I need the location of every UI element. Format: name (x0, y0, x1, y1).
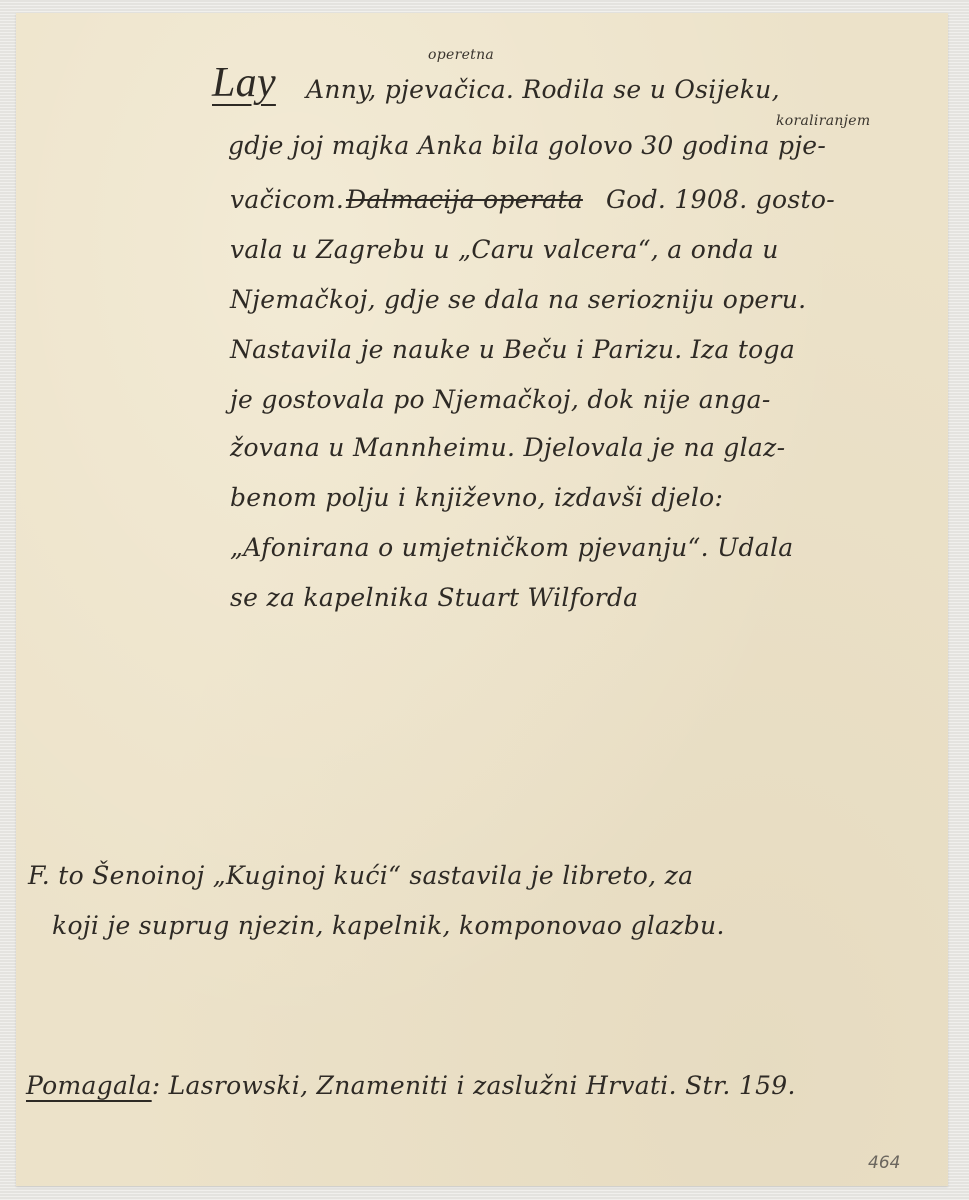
reference-line: Pomagala: Lasrowski, Znameniti i zaslužn… (26, 1071, 796, 1100)
reference-text: : Lasrowski, Znameniti i zaslužni Hrvati… (152, 1071, 796, 1100)
interlinear-insertion-koraliranjem: koraliranjem (776, 113, 870, 129)
entry-surname: Lay (212, 59, 276, 107)
entry-line: Njemačkoj, gdje se dala na seriozniju op… (230, 285, 806, 314)
interlinear-insertion-operetna: operetna (428, 47, 494, 63)
entry-line: vačicom. (230, 185, 344, 214)
entry-line: benom polju i književno, izdavši djelo: (230, 483, 723, 512)
entry-line: God. 1908. gosto- (606, 185, 835, 214)
note-line: koji je suprug njezin, kapelnik, kompono… (52, 911, 725, 940)
entry-line: gdje joj majka Anka bila golovo 30 godin… (228, 131, 826, 160)
entry-line: je gostovala po Njemačkoj, dok nije anga… (230, 385, 771, 414)
entry-line: vala u Zagrebu u „Caru valcera“, a onda … (230, 235, 779, 264)
note-line: F. to Šenoinoj „Kuginoj kući“ sastavila … (28, 861, 693, 890)
entry-line: Nastavila je nauke u Beču i Parizu. Iza … (230, 335, 795, 364)
entry-line: se za kapelnika Stuart Wilforda (230, 583, 638, 612)
page-number: 464 (868, 1153, 900, 1173)
entry-first-line: Anny, pjevačica. Rodila se u Osijeku, (306, 75, 780, 104)
entry-line: „Afonirana o umjetničkom pjevanju“. Udal… (230, 533, 794, 562)
document-page: operetna Lay Anny, pjevačica. Rodila se … (16, 13, 948, 1186)
entry-line: žovana u Mannheimu. Djelovala je na glaz… (230, 433, 785, 462)
struck-out-text: Dalmacija operata (346, 185, 583, 214)
reference-label: Pomagala (26, 1071, 152, 1100)
